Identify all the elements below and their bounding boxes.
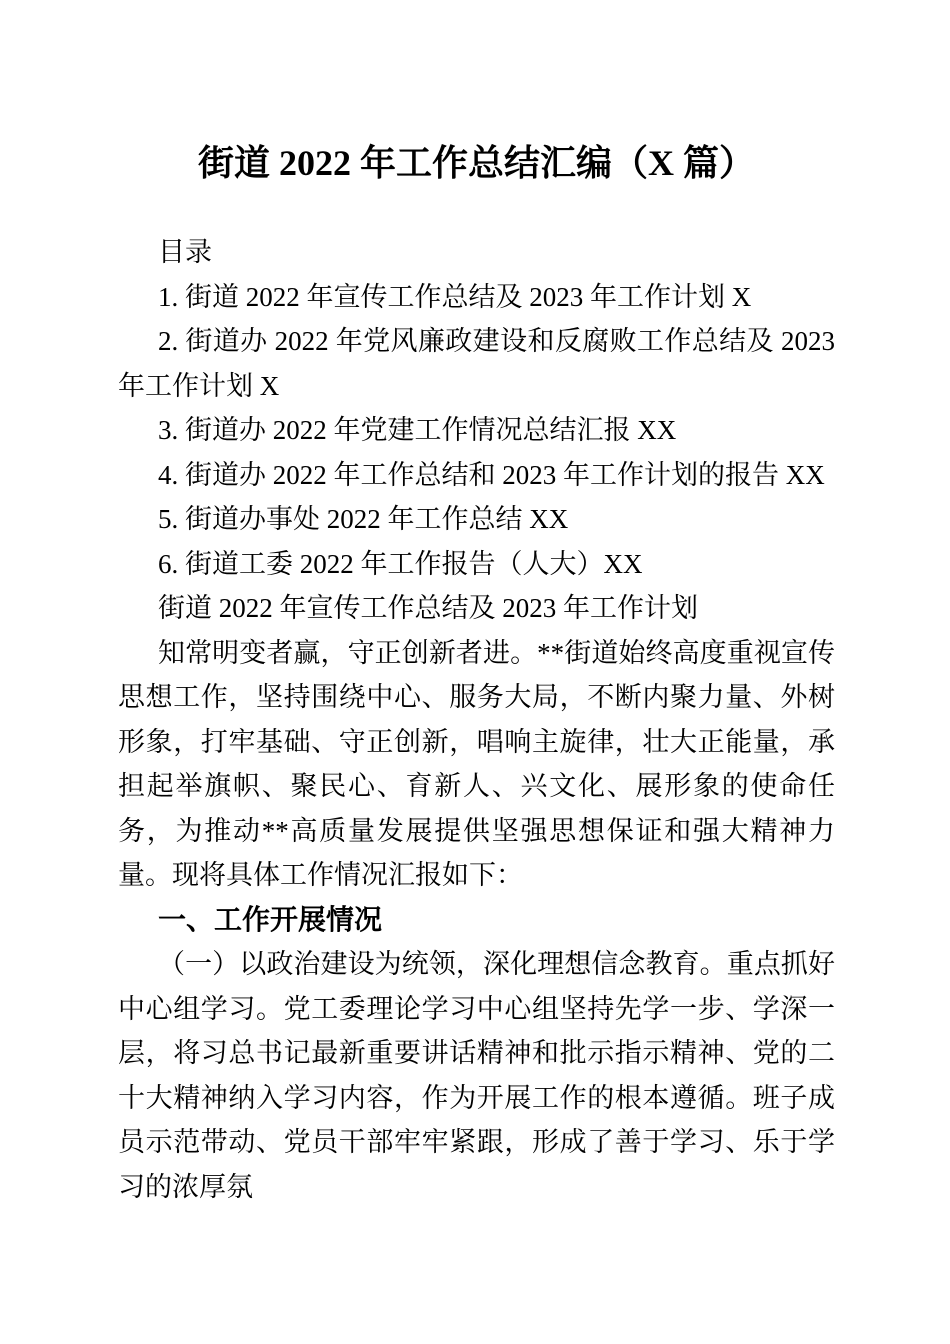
article-section-title: 街道 2022 年宣传工作总结及 2023 年工作计划 (118, 586, 835, 631)
document-body: 目录 1. 街道 2022 年宣传工作总结及 2023 年工作计划 X 2. 街… (118, 230, 835, 1209)
toc-item-3: 3. 街道办 2022 年党建工作情况总结汇报 XX (118, 408, 835, 453)
document-page: 街道 2022 年工作总结汇编（X 篇） 目录 1. 街道 2022 年宣传工作… (0, 0, 950, 1344)
toc-item-5: 5. 街道办事处 2022 年工作总结 XX (118, 497, 835, 542)
toc-item-4: 4. 街道办 2022 年工作总结和 2023 年工作计划的报告 XX (118, 453, 835, 498)
section-heading-work-progress: 一、工作开展情况 (118, 898, 835, 943)
toc-item-6: 6. 街道工委 2022 年工作报告（人大）XX (118, 542, 835, 587)
toc-item-2: 2. 街道办 2022 年党风廉政建设和反腐败工作总结及 2023 年工作计划 … (118, 319, 835, 408)
toc-heading: 目录 (118, 230, 835, 275)
toc-item-1: 1. 街道 2022 年宣传工作总结及 2023 年工作计划 X (118, 275, 835, 320)
intro-paragraph: 知常明变者赢，守正创新者进。**街道始终高度重视宣传思想工作，坚持围绕中心、服务… (118, 631, 835, 898)
document-title: 街道 2022 年工作总结汇编（X 篇） (0, 138, 950, 188)
sub-paragraph-1: （一）以政治建设为统领，深化理想信念教育。重点抓好中心组学习。党工委理论学习中心… (118, 942, 835, 1209)
